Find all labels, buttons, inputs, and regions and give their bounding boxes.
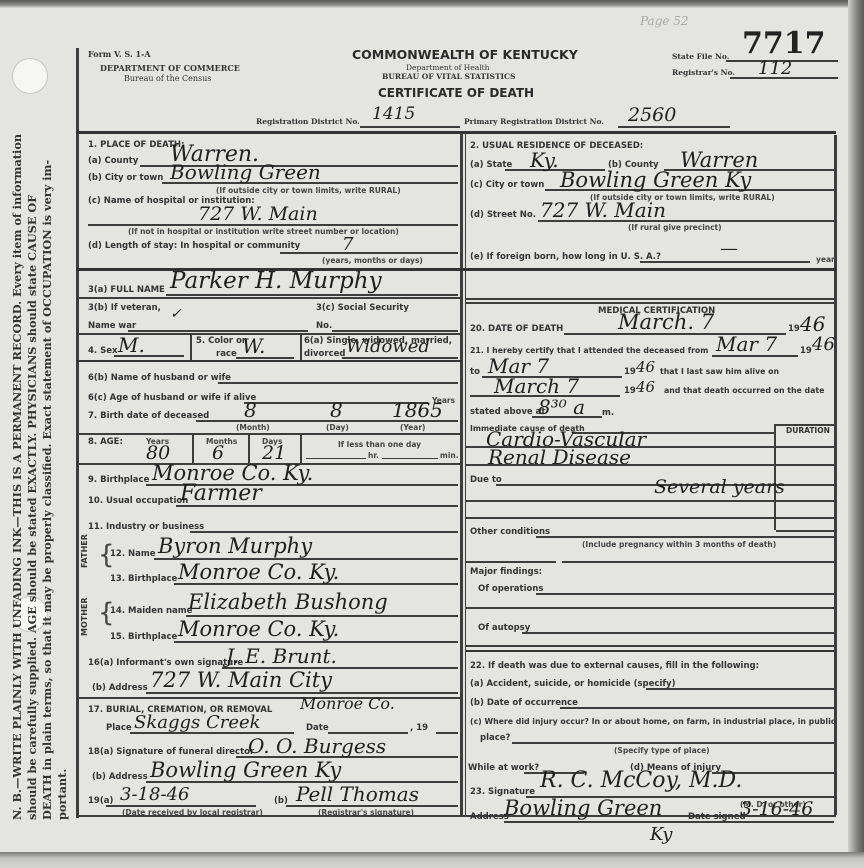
external-title: 22. If death was due to external causes,…: [470, 661, 759, 671]
color-marital-divider: [300, 333, 302, 361]
occurred-label: and that death occurred on the date: [664, 386, 824, 395]
occupation-value: Farmer: [180, 481, 262, 506]
last-saw-year: 46: [636, 378, 655, 396]
physician-address-line: [504, 821, 834, 823]
marital-value: Widowed: [346, 336, 430, 357]
min-line: [382, 458, 438, 459]
scan-right-edge: [848, 0, 864, 868]
external-c-label-2: place?: [480, 733, 510, 743]
sex-row-divider: [76, 360, 462, 362]
date-of-death-19: 19: [788, 324, 800, 334]
pod-city-note: (If outside city or town limits, write R…: [216, 186, 401, 195]
director-sig-label: 18(a) Signature of funeral director: [88, 747, 254, 757]
director-address-value: Bowling Green Ky: [150, 758, 341, 782]
birth-row-divider: [76, 433, 462, 435]
full-name-label: 3(a) FULL NAME: [88, 285, 165, 295]
operations-line-2: [466, 607, 834, 609]
pod-hospital-note: (If not in hospital or institution write…: [128, 227, 399, 236]
physician-signature: R. C. McCoy, M.D.: [540, 768, 742, 793]
birth-month: 8: [244, 398, 257, 422]
margin-instructions: N. B.—WRITE PLAINLY WITH UNFADING INK—TH…: [10, 40, 70, 820]
other-conditions-line: [536, 536, 834, 538]
hr-line: [306, 458, 366, 459]
attended-from: Mar 7: [716, 332, 777, 356]
received-line: [106, 805, 256, 807]
burial-place-label: Place: [106, 723, 132, 733]
birth-year: 1865: [392, 398, 443, 422]
informant-signature: J. E. Brunt.: [226, 644, 337, 668]
major-findings-label: Major findings:: [470, 567, 542, 577]
last-saw-19: 19: [624, 386, 636, 396]
res-state-value: Ky.: [530, 148, 559, 172]
external-c-note: (Specify type of place): [614, 746, 710, 755]
autopsy-line: [522, 632, 834, 634]
due-to-line-3: [466, 517, 834, 519]
spouse-age-label: 6(c) Age of husband or wife if alive: [88, 393, 256, 403]
received-note: (Date received by local registrar): [122, 808, 263, 817]
father-side-label: FATHER: [80, 534, 89, 568]
sex-color-divider: [190, 333, 192, 361]
res-city-label: (c) City or town: [470, 180, 544, 190]
race-label: race: [216, 349, 237, 359]
res-street-value: 727 W. Main: [540, 198, 666, 222]
date-signed-label: Date signed: [688, 812, 746, 822]
pencil-page-note: Page 52: [640, 14, 689, 28]
pod-city-label: (b) City or town: [88, 173, 163, 183]
father-name-label: 12. Name: [110, 549, 156, 559]
column-divider-inner: [465, 133, 466, 815]
color-label: 5. Color or: [196, 336, 246, 346]
director-signature: O. O. Burgess: [248, 734, 386, 758]
pod-hospital-value: 727 W. Main: [198, 203, 318, 225]
registrar-signature: Pell Thomas: [296, 782, 419, 806]
marital-line: [342, 357, 458, 359]
operations-line: [536, 593, 834, 595]
external-a-line: [646, 688, 834, 690]
mother-birthplace-line: [174, 641, 458, 643]
other-line-b: [562, 561, 834, 563]
veteran-label: 3(b) If veteran,: [88, 303, 161, 313]
age-months-divider: [248, 433, 250, 463]
margin-line-3: DEATH in plain terms, so that it may be …: [40, 40, 55, 820]
ssn-no-label: No.: [316, 321, 332, 331]
margin-line-4: portant.: [55, 40, 70, 820]
month-label: (Month): [236, 423, 270, 432]
pod-stay-label: (d) Length of stay: In hospital or commu…: [88, 241, 300, 251]
age-years-divider: [192, 433, 194, 463]
res-street-note: (If rural give precinct): [628, 223, 722, 232]
date-of-death-value: March. 7: [618, 310, 714, 334]
sex-value: M.: [118, 333, 145, 357]
attended-to-year: 46: [636, 358, 655, 376]
primary-district-line: [618, 126, 730, 128]
res-city-value: Bowling Green Ky: [560, 168, 751, 192]
primary-district-label: Primary Registration District No.: [464, 117, 604, 126]
other-line-a: [466, 561, 556, 563]
informant-sig-label: 16(a) Informant's own signature: [88, 658, 243, 668]
informant-row-divider: [76, 697, 462, 699]
physician-address-state: Ky: [650, 824, 672, 845]
birthplace-label: 9. Birthplace: [88, 475, 149, 485]
duration-value: Several years: [654, 476, 785, 498]
full-name-line: [166, 294, 458, 296]
bureau-census: Bureau of the Census: [124, 74, 211, 83]
time-of-death: 8³⁰ a: [538, 395, 585, 419]
margin-line-2: should be carefully supplied. AGE should…: [25, 40, 40, 820]
medical-top-line-1: [466, 298, 836, 300]
scan-top-edge: [0, 0, 864, 8]
due-to-line-2: [466, 500, 834, 502]
certificate-title: CERTIFICATE OF DEATH: [378, 86, 534, 100]
occupation-label: 10. Usual occupation: [88, 496, 188, 506]
mother-birthplace-value: Monroe Co. Ky.: [178, 617, 339, 641]
dept-health: Department of Health: [406, 63, 489, 72]
informant-address-value: 727 W. Main City: [150, 668, 332, 692]
name-war-line: [128, 330, 308, 332]
external-a-label: (a) Accident, suicide, or homicide (spec…: [470, 679, 675, 689]
commonwealth-title: COMMONWEALTH OF KENTUCKY: [352, 47, 578, 62]
informant-address-label: (b) Address: [92, 683, 148, 693]
full-name-value: Parker H. Murphy: [170, 268, 382, 294]
pod-city-value: Bowling Green: [170, 160, 321, 184]
header-divider: [76, 131, 836, 134]
min-label: min.: [440, 451, 459, 460]
external-b-line: [560, 707, 834, 709]
industry-line: [190, 531, 458, 533]
father-birthplace-label: 13. Birthplace: [110, 574, 177, 584]
cause-line-2: [466, 464, 834, 466]
father-name-value: Byron Murphy: [158, 534, 312, 558]
date-of-death-year: 46: [800, 312, 825, 336]
race-value: W.: [242, 334, 265, 358]
external-c-line: [512, 742, 834, 744]
registrar-sig-note: (Registrar's signature): [318, 808, 414, 817]
attended-to-19: 19: [624, 367, 636, 377]
bureau-vital-stats: BUREAU OF VITAL STATISTICS: [382, 72, 515, 81]
primary-district-value: 2560: [628, 104, 676, 126]
reg-district-value: 1415: [372, 104, 415, 124]
hr-label: hr.: [368, 451, 379, 460]
form-right-border: [834, 135, 837, 815]
burial-date-label: Date: [306, 723, 329, 733]
director-address-label: (b) Address: [92, 772, 148, 782]
name-war-value: ✓: [170, 306, 182, 322]
divorced-label: divorced: [304, 349, 345, 359]
spouse-label: 6(b) Name of husband or wife: [88, 373, 231, 383]
last-saw-label: that I last saw him alive on: [660, 367, 779, 376]
pod-hospital-line: [88, 224, 458, 226]
date-of-death-label: 20. DATE OF DEATH: [470, 324, 563, 334]
res-foreign-value: —: [720, 238, 738, 259]
burial-year-line: [436, 732, 458, 734]
res-year-label: year: [816, 255, 835, 264]
reg-district-label: Registration District No.: [256, 117, 360, 126]
attended-from-year: 46: [812, 334, 835, 355]
ssn-label: 3(c) Social Security: [316, 303, 409, 313]
birth-date-label: 7. Birth date of deceased: [88, 411, 209, 421]
year-label: (Year): [400, 423, 425, 432]
medical-top-line-2: [466, 302, 836, 304]
attended-to-label: to: [470, 367, 480, 377]
age-days-divider: [300, 433, 302, 463]
day-label: (Day): [326, 423, 349, 432]
burial-date-19: , 19: [410, 723, 428, 733]
registrar-no-label: Registrar's No.: [672, 68, 735, 77]
duration-header: DURATION: [786, 426, 830, 435]
form-number: Form V. S. 1-A: [88, 49, 151, 59]
mother-maiden-label: 14. Maiden name: [110, 606, 192, 616]
burial-place-extra: Monroe Co.: [300, 694, 395, 713]
column-divider: [460, 133, 463, 815]
birth-day: 8: [330, 398, 343, 422]
autopsy-line-2: [466, 645, 834, 647]
received-date: 3-18-46: [120, 784, 189, 805]
industry-label: 11. Industry or business: [88, 522, 204, 532]
duration-box-bottom: [776, 530, 834, 532]
res-foreign-label: (e) If foreign born, how long in U. S. A…: [470, 252, 661, 262]
external-c-label: (c) Where did injury occur? In or about …: [470, 717, 835, 726]
scan-bottom-edge: [0, 852, 864, 868]
state-file-number: 7717: [742, 26, 826, 61]
dept-commerce: DEPARTMENT OF COMMERCE: [100, 63, 240, 73]
burial-place-value: Skaggs Creek: [134, 712, 261, 733]
medical-bottom-divider: [466, 650, 834, 652]
other-conditions-note: (Include pregnancy within 3 months of de…: [582, 540, 776, 549]
pod-stay-value: 7: [342, 234, 353, 255]
date-signed-value: 3-16-46: [740, 798, 813, 820]
father-birthplace-value: Monroe Co. Ky.: [178, 560, 339, 584]
physician-address: Bowling Green: [504, 796, 662, 820]
name-row-divider: [76, 297, 462, 299]
res-street-label: (d) Street No.: [470, 210, 536, 220]
physician-address-label: Address: [470, 812, 509, 822]
mother-birthplace-label: 15. Birthplace: [110, 632, 177, 642]
time-m-label: m.: [602, 408, 614, 418]
state-file-label: State File No.: [672, 52, 729, 61]
margin-line-1: N. B.—WRITE PLAINLY WITH UNFADING INK—TH…: [10, 40, 25, 820]
pod-county-label: (a) County: [88, 156, 138, 166]
reg-district-line: [360, 126, 460, 128]
operations-label: Of operations: [478, 584, 543, 594]
mother-side-label: MOTHER: [80, 597, 89, 636]
pod-stay-line: [280, 252, 458, 254]
registrar-number: 112: [758, 58, 792, 79]
ssn-line: [332, 330, 458, 332]
age-label: 8. AGE:: [88, 437, 123, 447]
mother-maiden-value: Elizabeth Bushong: [188, 590, 388, 614]
spouse-line: [218, 382, 458, 384]
attended-from-19: 19: [800, 346, 812, 356]
pod-stay-note: (years, months or days): [322, 256, 423, 265]
res-foreign-line: [640, 261, 810, 263]
less-than-day-label: If less than one day: [338, 440, 421, 449]
